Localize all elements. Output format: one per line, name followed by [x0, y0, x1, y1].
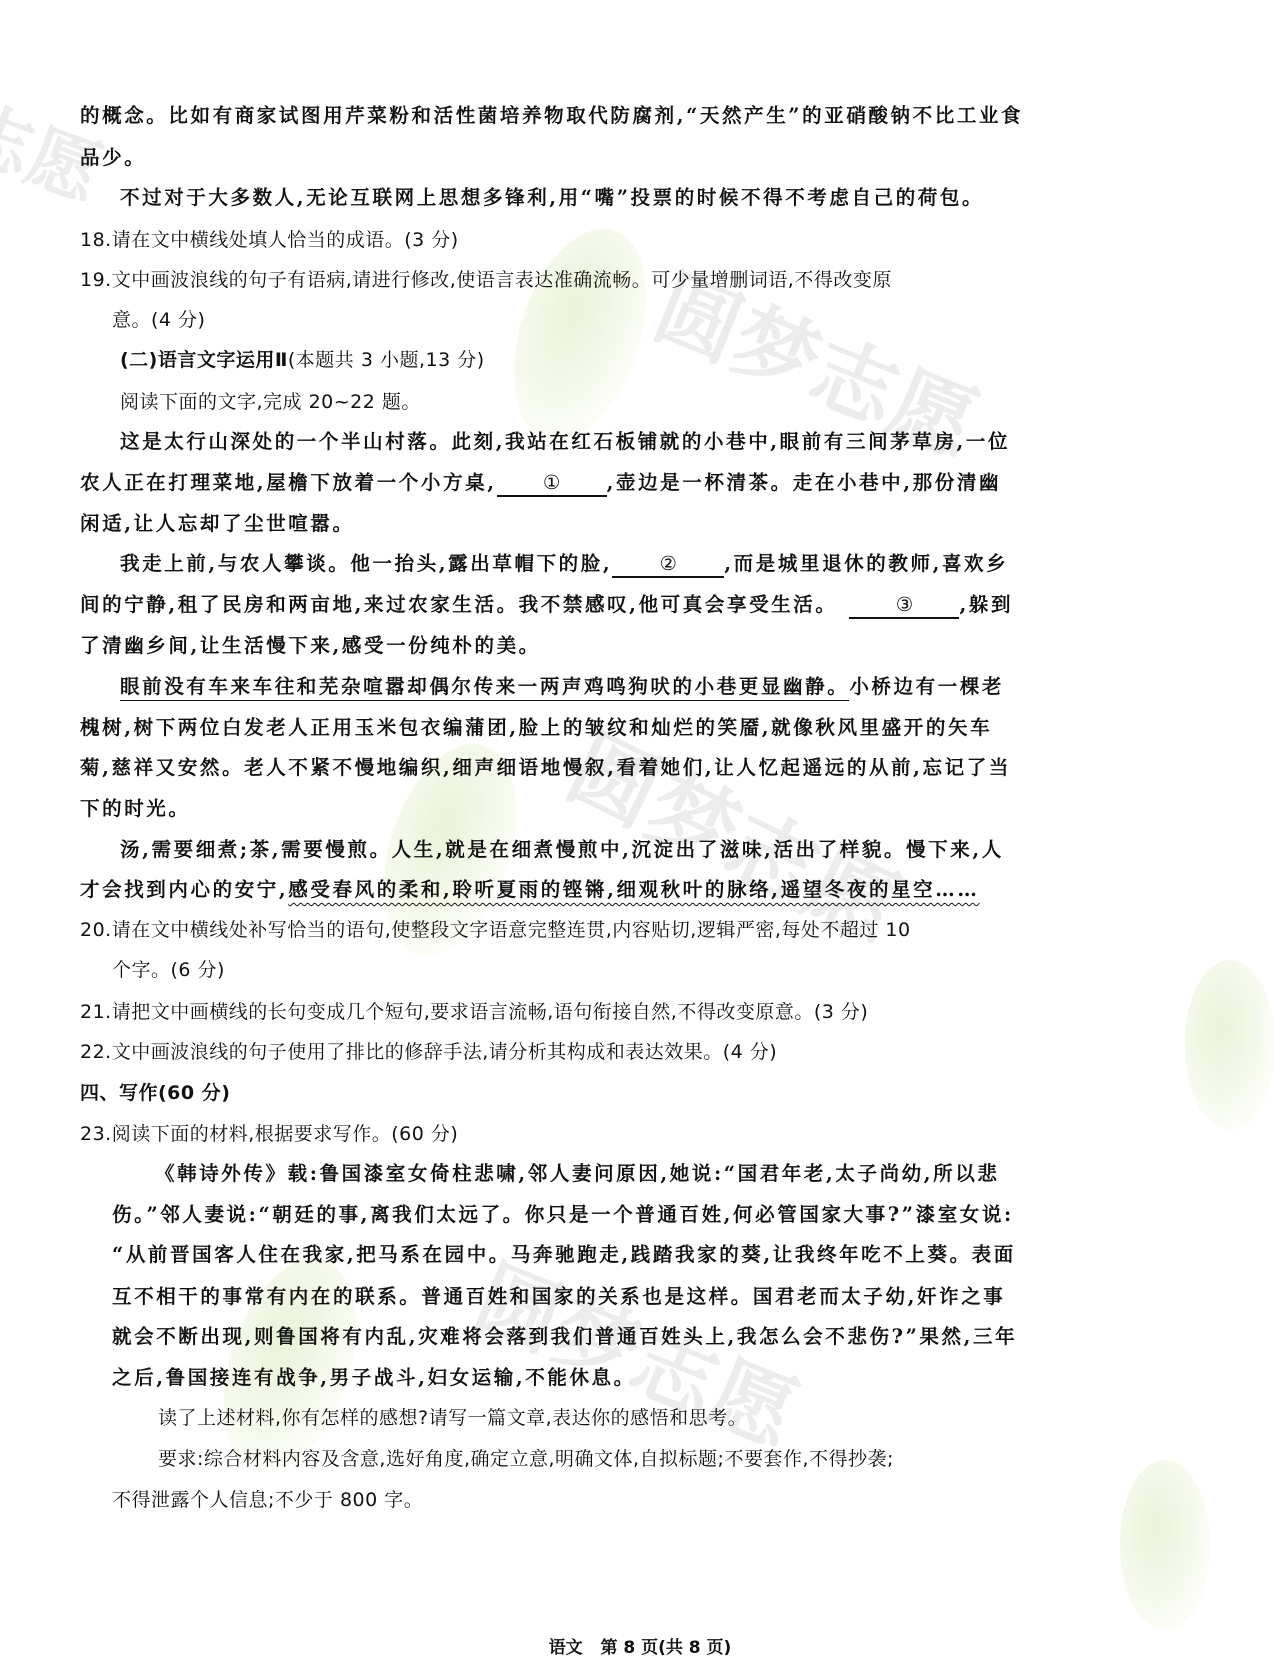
material-line: “从前晋国客人住在我家,把马系在园中。马奔驰跑走,践踏我家的葵,让我终年吃不上葵… [112, 1243, 1016, 1267]
passage-line: 才会找到内心的安宁,感受春风的柔和,聆听夏雨的铿锵,细观秋叶的脉络,遥望冬夜的星… [80, 878, 979, 902]
wavy-underlined-sentence: 感受春风的柔和,聆听夏雨的铿锵,细观秋叶的脉络,遥望冬夜的星空…… [288, 878, 979, 901]
writing-requirements-cont: 不得泄露个人信息;不少于 800 字。 [112, 1488, 423, 1512]
underlined-sentence: 眼前没有车来车往和芜杂喧嚣却偶尔传来一两声鸡鸣狗吠的小巷更显幽静。 [120, 675, 849, 701]
question-23: 23.阅读下面的材料,根据要求写作。(60 分) [80, 1122, 458, 1146]
watermark-leaf-logo [1120, 1460, 1210, 1630]
passage-line: 我走上前,与农人攀谈。他一抬头,露出草帽下的脸,②,而是城里退休的教师,喜欢乡 [120, 552, 1008, 578]
blank-3[interactable]: ③ [849, 593, 959, 619]
question-20-cont: 个字。(6 分) [112, 958, 225, 982]
blank-2[interactable]: ② [612, 552, 724, 578]
watermark-leaf-logo [489, 212, 671, 458]
section-score: (本题共 3 小题,13 分) [288, 349, 485, 371]
material-line: 互不相干的事常有内在的联系。普通百姓和国家的关系也是这样。国君老而太子幼,奸诈之… [112, 1285, 1005, 1309]
writing-prompt: 读了上述材料,你有怎样的感想?请写一篇文章,表达你的感悟和思考。 [158, 1406, 747, 1430]
page-footer: 语文 第 8 页(共 8 页) [0, 1633, 1280, 1658]
passage-line: 了清幽乡间,让生活慢下来,感受一份纯朴的美。 [80, 634, 541, 658]
passage-line: 品少。 [80, 146, 146, 170]
section-title: (二)语言文字运用Ⅱ [120, 349, 288, 371]
material-line: 《韩诗外传》载:鲁国漆室女倚柱悲啸,邻人妻问原因,她说:“国君年老,太子尚幼,所… [155, 1162, 999, 1186]
passage-line: 间的宁静,租了民房和两亩地,来过农家生活。我不禁感叹,他可真会享受生活。③,躲到 [80, 593, 1013, 619]
passage-line: 眼前没有车来车往和芜杂喧嚣却偶尔传来一两声鸡鸣狗吠的小巷更显幽静。小桥边有一棵老 [120, 675, 1004, 699]
section-heading: (二)语言文字运用Ⅱ(本题共 3 小题,13 分) [120, 348, 485, 372]
question-21: 21.请把文中画横线的长句变成几个短句,要求语言流畅,语句衔接自然,不得改变原意… [80, 1000, 868, 1024]
passage-line: 下的时光。 [80, 797, 191, 821]
passage-line: 这是太行山深处的一个半山村落。此刻,我站在红石板铺就的小巷中,眼前有三间茅草房,… [120, 430, 1010, 454]
passage-line: 菊,慈祥又安然。老人不紧不慢地编织,细声细语地慢叙,看着她们,让人忆起遥远的从前… [80, 756, 1011, 780]
passage-line: 汤,需要细煮;茶,需要慢煎。人生,就是在细煮慢煎中,沉淀出了滋味,活出了样貌。慢… [120, 838, 1004, 862]
passage-line: 的概念。比如有商家试图用芹菜粉和活性菌培养物取代防腐剂,“天然产生”的亚硝酸钠不… [80, 104, 1023, 128]
passage-line: 农人正在打理菜地,屋檐下放着一个小方桌,①,壶边是一杯清茶。走在小巷中,那份清幽 [80, 471, 1001, 497]
material-line: 就会不断出现,则鲁国将有内乱,灾难将会落到我们普通百姓头上,我怎么会不悲伤?”果… [112, 1325, 1017, 1349]
passage-line: 槐树,树下两位白发老人正用玉米包衣编蒲团,脸上的皱纹和灿烂的笑靥,就像秋风里盛开… [80, 716, 992, 740]
passage-line: 闲适,让人忘却了尘世喧嚣。 [80, 512, 355, 536]
question-18: 18.请在文中横线处填人恰当的成语。(3 分) [80, 228, 459, 252]
question-19: 19.文中画波浪线的句子有语病,请进行修改,使语言表达准确流畅。可少量增删词语,… [80, 268, 892, 292]
passage-line: 不过对于大多数人,无论互联网上思想多锋利,用“嘴”投票的时候不得不考虑自己的荷包… [120, 186, 984, 210]
footer-page-number: 第 8 页(共 8 页) [600, 1638, 731, 1658]
material-line: 之后,鲁国接连有战争,男子战斗,妇女运输,不能休息。 [112, 1366, 636, 1390]
watermark-leaf-logo [1185, 960, 1275, 1130]
footer-subject: 语文 [549, 1638, 583, 1658]
watermark-text: 圆梦志愿 [460, 1231, 817, 1469]
material-line: 伤。”邻人妻说:“朝廷的事,离我们太远了。你只是一个普通百姓,何必管国家大事?”… [112, 1203, 1014, 1227]
question-20: 20.请在文中横线处补写恰当的语句,使整段文字语意完整连贯,内容贴切,逻辑严密,… [80, 918, 911, 942]
section-instruction: 阅读下面的文字,完成 20~22 题。 [120, 390, 421, 414]
writing-requirements: 要求:综合材料内容及含意,选好角度,确定立意,明确文体,自拟标题;不要套作,不得… [158, 1447, 894, 1471]
section-heading-writing: 四、写作(60 分) [80, 1081, 230, 1105]
question-22: 22.文中画波浪线的句子使用了排比的修辞手法,请分析其构成和表达效果。(4 分) [80, 1040, 777, 1064]
question-19-cont: 意。(4 分) [112, 308, 205, 332]
blank-1[interactable]: ① [497, 471, 607, 497]
